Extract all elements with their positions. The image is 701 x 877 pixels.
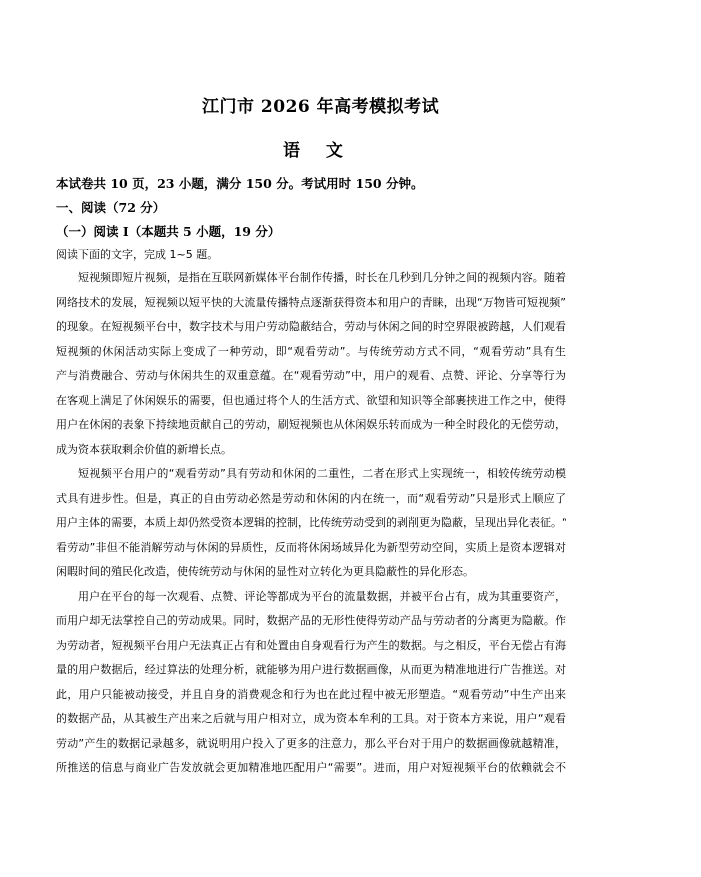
passage-line: 式具有进步性。但是，真正的自由劳动必然是劳动和休闲的内在统一，而“观看劳动”只是… xyxy=(56,491,566,516)
subject-heading: 语 文 xyxy=(283,136,353,161)
section-heading-reading: 一、阅读（72 分） xyxy=(56,198,165,216)
passage-line: 产与消费融合、劳动与休闲共生的双重意蕴。在“观看劳动”中，用户的观看、点赞、评论… xyxy=(56,368,566,393)
passage-line: 看劳动”非但不能消解劳动与休闲的异质性，反而将休闲场域异化为新型劳动空间，实质上… xyxy=(56,540,566,565)
exam-intro: 本试卷共 10 页，23 小题，满分 150 分。考试用时 150 分钟。 xyxy=(56,174,423,192)
passage-line: 用户在休闲的表象下持续地贡献自己的劳动，刷短视频也从休闲娱乐转而成为一种全时段化… xyxy=(56,417,566,442)
subsection-heading-reading-1: （一）阅读 I（本题共 5 小题，19 分） xyxy=(56,222,280,240)
passage-line: 短视频的休闲活动实际上变成了一种劳动，即“观看劳动”。与传统劳动方式不同，“观看… xyxy=(56,344,566,369)
passage-line: 的现象。在短视频平台中，数字技术与用户劳动隐蔽结合，劳动与休闲之间的时空界限被跨… xyxy=(56,319,566,344)
passage-line: 用户在平台的每一次观看、点赞、评论等都成为平台的流量数据，并被平台占有，成为其重… xyxy=(56,589,566,614)
passage-line: 网络技术的发展，短视频以短平快的大流量传播特点逐渐获得资本和用户的青睐，出现“万… xyxy=(56,295,566,320)
passage-line: 的数据产品，从其被生产出来之后就与用户相对立，成为资本牟利的工具。对于资本方来说… xyxy=(56,711,566,736)
passage-line: 所推送的信息与商业广告发放就会更加精准地匹配用户“需要”。进而，用户对短视频平台… xyxy=(56,760,566,785)
passage-line: 在客观上满足了休闲娱乐的需要，但也通过将个人的生活方式、欲望和知识等全部裹挟进工… xyxy=(56,393,566,418)
passage-line: 量的用户数据后，经过算法的处理分析，就能够为用户进行数据画像，从而更为精准地进行… xyxy=(56,662,566,687)
passage-line: 短视频平台用户的“观看劳动”具有劳动和休闲的二重性，二者在形式上实现统一，相较传… xyxy=(56,466,566,491)
passage-line: 劳动”产生的数据记录越多，就说明用户投入了更多的注意力，那么平台对于用户的数据画… xyxy=(56,736,566,761)
reading-passage: 短视频即短片视频，是指在互联网新媒体平台制作传播，时长在几秒到几分钟之间的视频内… xyxy=(56,270,566,785)
exam-title: 江门市 2026 年高考模拟考试 xyxy=(202,92,439,117)
passage-line: 而用户却无法掌控自己的劳动成果。同时，数据产品的无形性使得劳动产品与劳动者的分离… xyxy=(56,613,566,638)
passage-line: 短视频即短片视频，是指在互联网新媒体平台制作传播，时长在几秒到几分钟之间的视频内… xyxy=(56,270,566,295)
reading-instruction: 阅读下面的文字，完成 1~5 题。 xyxy=(56,246,218,262)
passage-line: 用户主体的需要，本质上却仍然受资本逻辑的控制，比传统劳动受到的剥削更为隐蔽，呈现… xyxy=(56,515,566,540)
passage-line: 此，用户只能被动接受，并且自身的消费观念和行为也在此过程中被无形塑造。“观看劳动… xyxy=(56,687,566,712)
document-page: 江门市 2026 年高考模拟考试 语 文 本试卷共 10 页，23 小题，满分 … xyxy=(0,0,701,877)
passage-line: 闲暇时间的殖民化改造，使传统劳动与休闲的显性对立转化为更具隐蔽性的异化形态。 xyxy=(56,564,566,589)
passage-line: 成为资本获取剩余价值的新增长点。 xyxy=(56,442,566,467)
passage-line: 为劳动者，短视频平台用户无法真正占有和处置由自身观看行为产生的数据。与之相反，平… xyxy=(56,638,566,663)
